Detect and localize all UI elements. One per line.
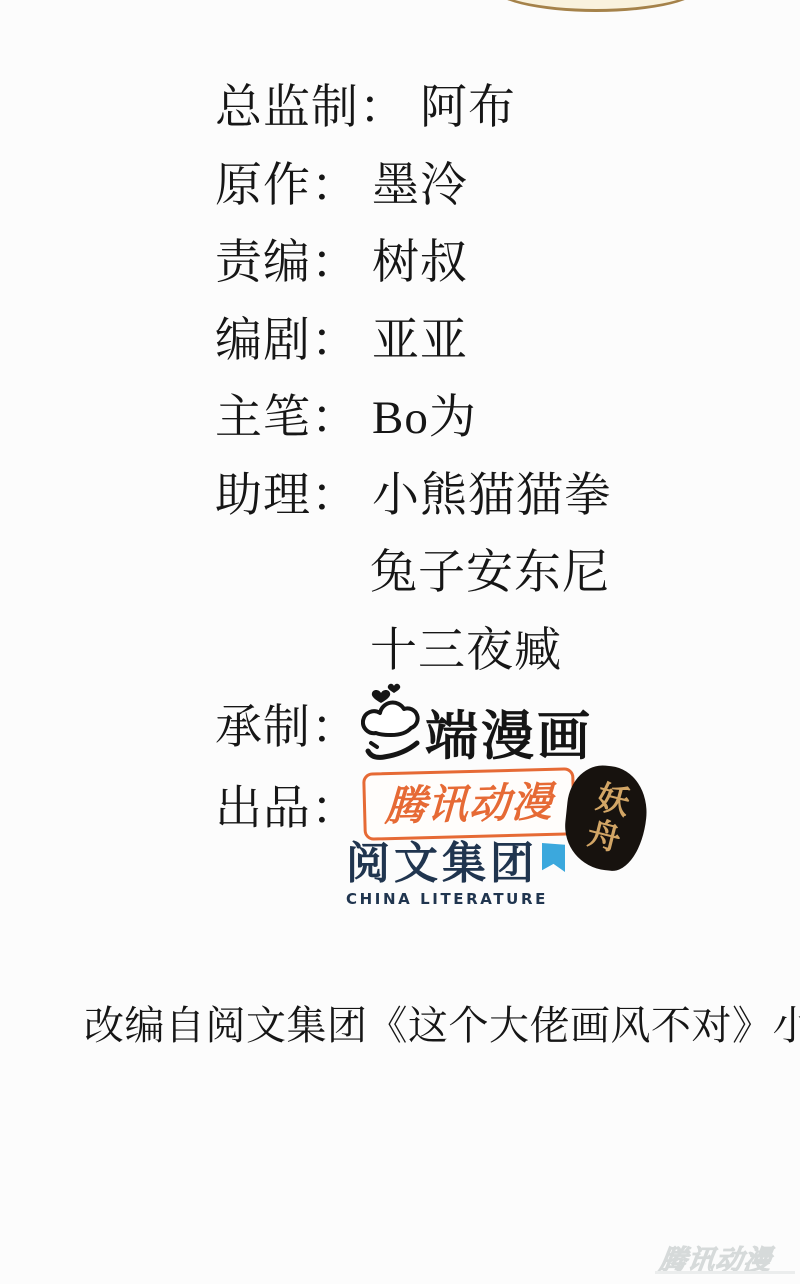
credit-row-original-author: 原作：墨泠 xyxy=(215,148,612,226)
publisher-row: 出品： 腾讯动漫 妖舟 xyxy=(215,766,575,842)
credit-person-name: 树叔 xyxy=(372,237,468,289)
comic-credits-page: 总监制：阿布 原作：墨泠 责编：树叔 编剧：亚亚 主笔：Bo为 助理：小熊猫猫拳… xyxy=(0,0,800,1284)
heart-icon xyxy=(372,690,390,703)
credit-row-editor: 责编：树叔 xyxy=(215,225,612,303)
producer-role-label: 承制： xyxy=(215,690,359,757)
artist-seal-text: 妖舟 xyxy=(581,778,631,858)
china-literature-logo: 阅文集团 CHINA LITERATURE xyxy=(346,841,565,908)
cloud-comic-logo-text: 端漫画 xyxy=(425,710,593,765)
credit-person-name: 兔子安东尼 xyxy=(370,547,610,599)
credit-person-name: Bo为 xyxy=(372,392,477,444)
credit-row-chief-supervisor: 总监制：阿布 xyxy=(215,70,612,148)
heart-icon xyxy=(388,684,401,693)
watermark-underline xyxy=(655,1271,795,1274)
tencent-comics-logo-text: 腾讯动漫 xyxy=(384,781,554,826)
credit-person-name: 小熊猫猫拳 xyxy=(372,470,612,522)
credit-row-assistant-1: 助理：小熊猫猫拳 xyxy=(215,458,612,536)
credit-person-name: 十三夜臧 xyxy=(370,625,562,677)
credit-row-assistant-3: 十三夜臧 xyxy=(215,613,612,691)
credit-role-label: 原作： xyxy=(215,160,359,212)
bookmark-icon xyxy=(542,843,565,872)
cloud-icon xyxy=(361,681,425,765)
china-literature-cjk-text: 阅文集团 xyxy=(346,841,538,887)
credit-role-label: 责编： xyxy=(215,237,359,289)
producer-row: 承制： 端漫画 xyxy=(215,680,593,766)
credit-person-name: 阿布 xyxy=(420,82,516,134)
adaptation-note: 改编自阅文集团《这个大佬画风不对》小说 xyxy=(84,994,800,1051)
credit-row-screenwriter: 编剧：亚亚 xyxy=(215,303,612,381)
publisher-role-label: 出品： xyxy=(215,771,359,838)
tencent-comics-logo: 腾讯动漫 xyxy=(362,767,576,841)
credits-list: 总监制：阿布 原作：墨泠 责编：树叔 编剧：亚亚 主笔：Bo为 助理：小熊猫猫拳… xyxy=(215,70,612,690)
credit-row-lead-artist: 主笔：Bo为 xyxy=(215,380,612,458)
decorative-arc xyxy=(490,0,702,12)
credit-row-assistant-2: 兔子安东尼 xyxy=(215,535,612,613)
credit-role-label: 主笔： xyxy=(215,392,359,444)
credit-role-label: 总监制： xyxy=(215,82,407,134)
cloud-comic-studio-logo: 端漫画 xyxy=(361,681,593,765)
credit-role-label: 编剧： xyxy=(215,315,359,367)
credit-person-name: 墨泠 xyxy=(372,160,468,212)
credit-person-name: 亚亚 xyxy=(372,315,468,367)
credit-role-label: 助理： xyxy=(215,470,359,522)
china-literature-latin-text: CHINA LITERATURE xyxy=(346,890,565,908)
